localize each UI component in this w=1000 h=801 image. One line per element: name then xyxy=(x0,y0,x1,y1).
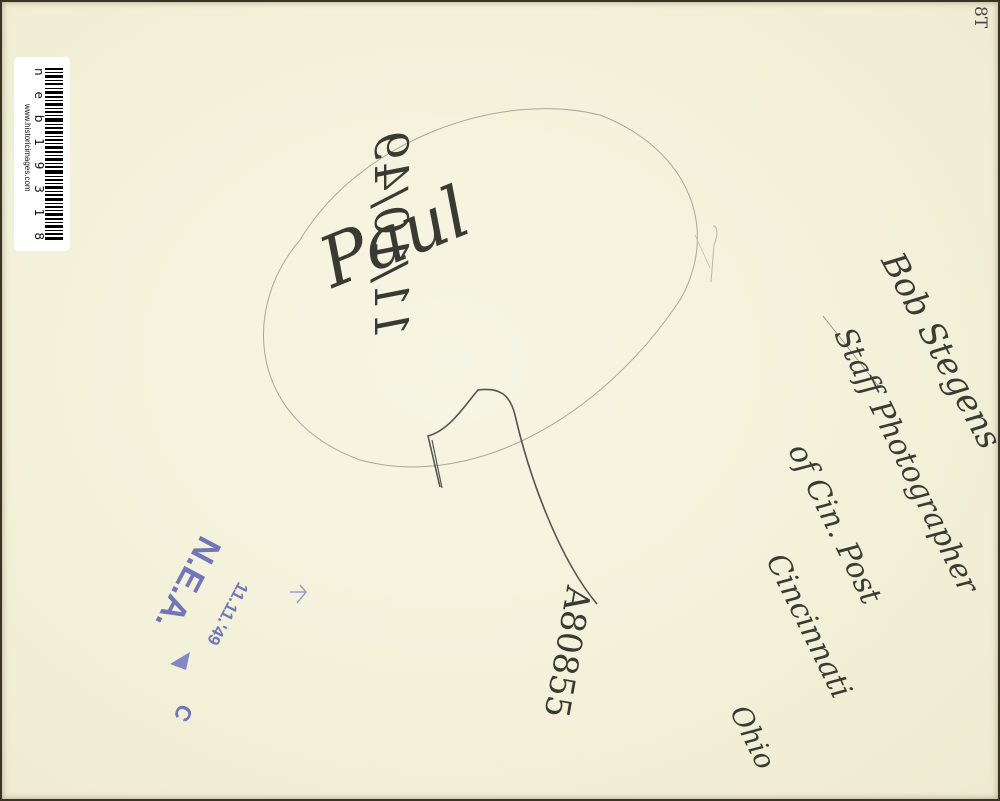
photo-reverse-paper: n e b 1 9 3 1 8 www.historicimages.com 8… xyxy=(0,0,1000,801)
signature-date: 11/10/49 xyxy=(364,131,418,338)
